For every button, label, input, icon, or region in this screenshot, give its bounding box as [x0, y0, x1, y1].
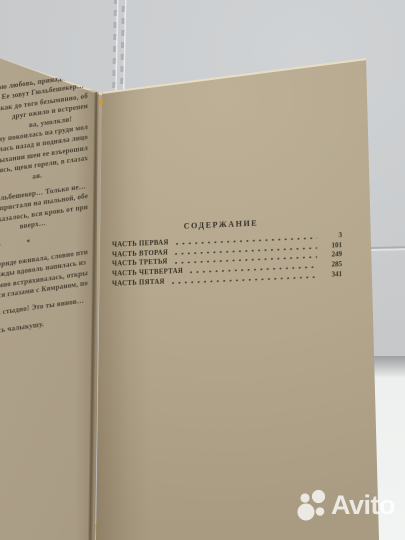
dot-leader: [172, 276, 317, 284]
left-page-text-block: свою любовь, принадлежащуЕе зовут Гюльбе…: [0, 70, 88, 347]
toc-part-label: ЧАСТЬ ПЯТАЯ: [112, 277, 165, 289]
toc-page-number: 341: [322, 270, 344, 281]
spine-glue-speck: [99, 99, 103, 105]
leather-stitch-seam: [112, 0, 117, 98]
leather-stitch-seam: [120, 0, 125, 94]
toc-rows: ЧАСТЬ ПЕРВАЯ3ЧАСТЬ ВТОРАЯ101ЧАСТЬ ТРЕТЬЯ…: [112, 231, 344, 289]
book-product-photo: свою любовь, принадлежащуЕе зовут Гюльбе…: [0, 0, 405, 540]
toc-title: СОДЕРЖАНИЕ: [112, 216, 330, 234]
table-of-contents: СОДЕРЖАНИЕ ЧАСТЬ ПЕРВАЯ3ЧАСТЬ ВТОРАЯ101Ч…: [112, 215, 344, 289]
